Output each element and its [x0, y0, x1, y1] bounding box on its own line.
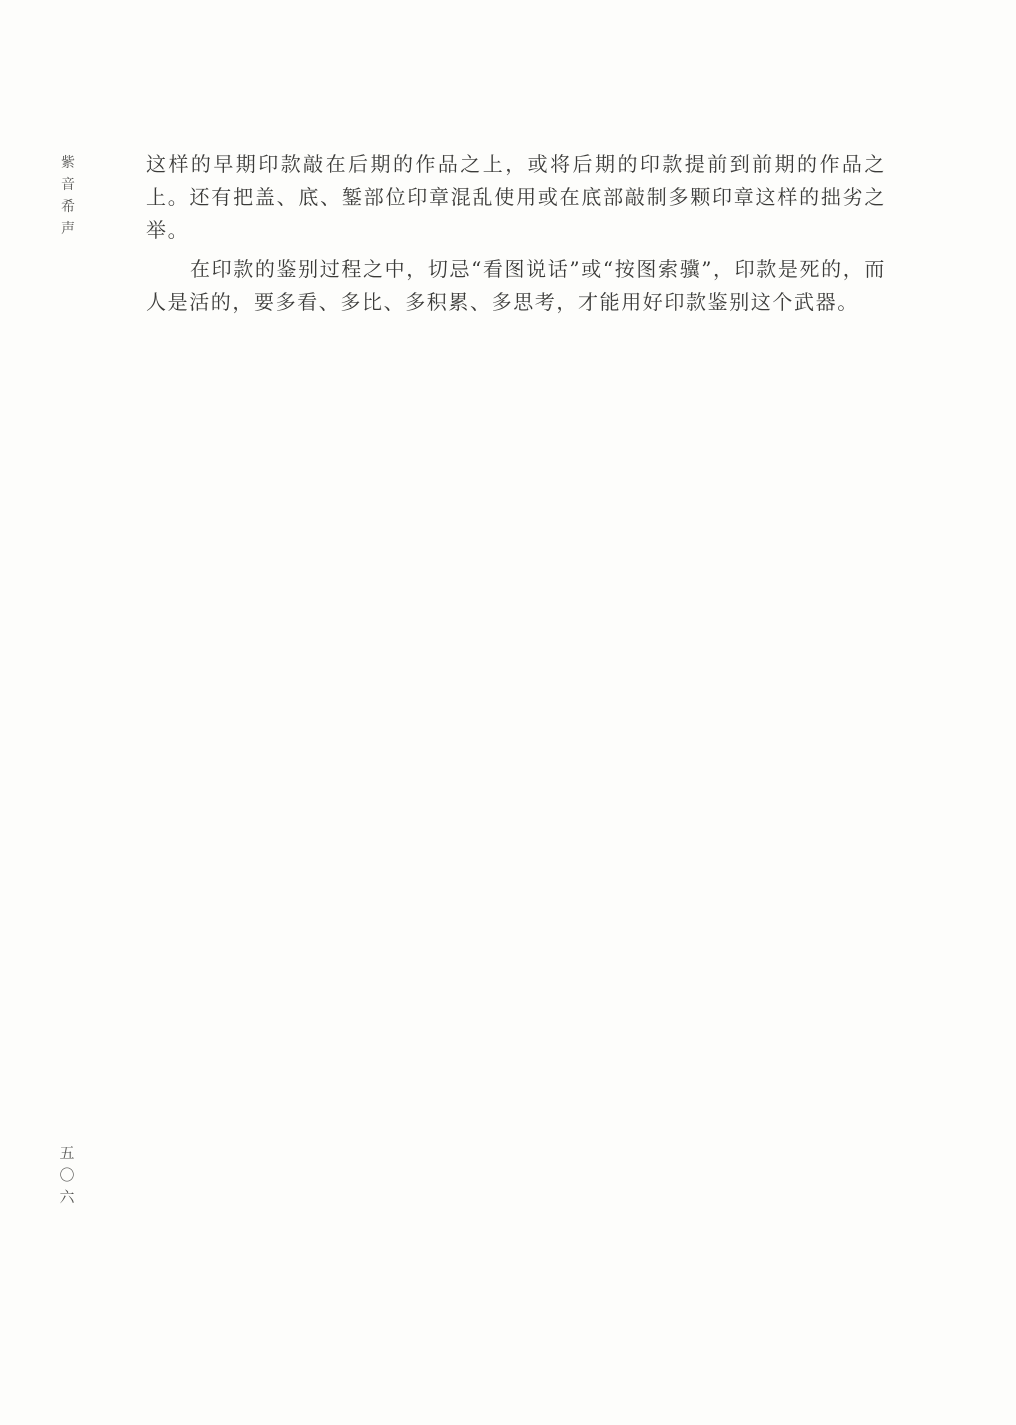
page-number: 五 〇 六	[58, 1142, 76, 1208]
body-text: 这样的早期印款敲在后期的作品之上，或将后期的印款提前到前期的作品之上。还有把盖、…	[146, 148, 886, 319]
running-head: 紫 音 希 声	[60, 152, 76, 240]
running-head-char: 希	[60, 196, 76, 218]
paragraph-1: 这样的早期印款敲在后期的作品之上，或将后期的印款提前到前期的作品之上。还有把盖、…	[146, 148, 886, 247]
running-head-char: 声	[60, 218, 76, 240]
running-head-char: 音	[60, 174, 76, 196]
running-head-char: 紫	[60, 152, 76, 174]
paragraph-2: 在印款的鉴别过程之中，切忌“看图说话”或“按图索骥”，印款是死的，而人是活的，要…	[146, 253, 886, 319]
page-number-char: 〇	[58, 1164, 76, 1186]
page-number-char: 六	[58, 1186, 76, 1208]
page-number-char: 五	[58, 1142, 76, 1164]
